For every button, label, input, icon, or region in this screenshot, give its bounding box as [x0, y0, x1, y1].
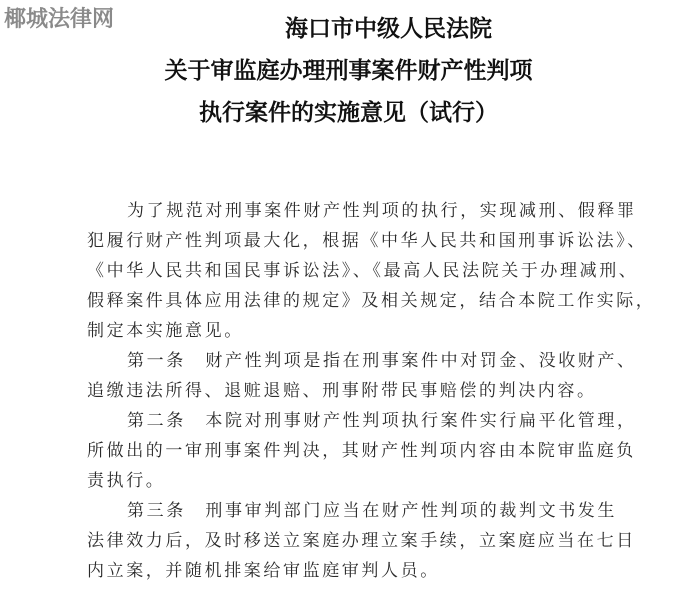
title-line-subtitle: 执行案件的实施意见（试行）	[0, 92, 697, 134]
article-2-line: 第二条 本院对刑事财产性判项执行案件实行扁平化管理，	[87, 406, 647, 436]
preamble-line: 《中华人民共和国民事诉讼法》、《最高人民法院关于办理减刑、	[87, 256, 647, 286]
article-1-line: 追缴违法所得、退赃退赔、刑事附带民事赔偿的判决内容。	[87, 376, 647, 406]
article-2-line: 责执行。	[87, 466, 647, 496]
preamble-line: 为了规范对刑事案件财产性判项的执行，实现减刑、假释罪	[87, 196, 647, 226]
article-2-line: 所做出的一审刑事案件判决，其财产性判项内容由本院审监庭负	[87, 436, 647, 466]
title-line-court: 海口市中级人民法院	[0, 8, 697, 50]
document-body: 为了规范对刑事案件财产性判项的执行，实现减刑、假释罪 犯履行财产性判项最大化，根…	[87, 196, 647, 586]
article-1-line: 第一条 财产性判项是指在刑事案件中对罚金、没收财产、	[87, 346, 647, 376]
article-3-line: 内立案，并随机排案给审监庭审判人员。	[87, 556, 647, 586]
article-3-line: 第三条 刑事审判部门应当在财产性判项的裁判文书发生	[87, 496, 647, 526]
preamble-line: 假释案件具体应用法律的规定》及相关规定，结合本院工作实际，	[87, 286, 647, 316]
title-line-subject: 关于审监庭办理刑事案件财产性判项	[0, 50, 697, 92]
preamble-line: 制定本实施意见。	[87, 316, 647, 346]
document-title: 海口市中级人民法院 关于审监庭办理刑事案件财产性判项 执行案件的实施意见（试行）	[0, 8, 697, 134]
preamble-line: 犯履行财产性判项最大化，根据《中华人民共和国刑事诉讼法》、	[87, 226, 647, 256]
article-3-line: 法律效力后，及时移送立案庭办理立案手续，立案庭应当在七日	[87, 526, 647, 556]
